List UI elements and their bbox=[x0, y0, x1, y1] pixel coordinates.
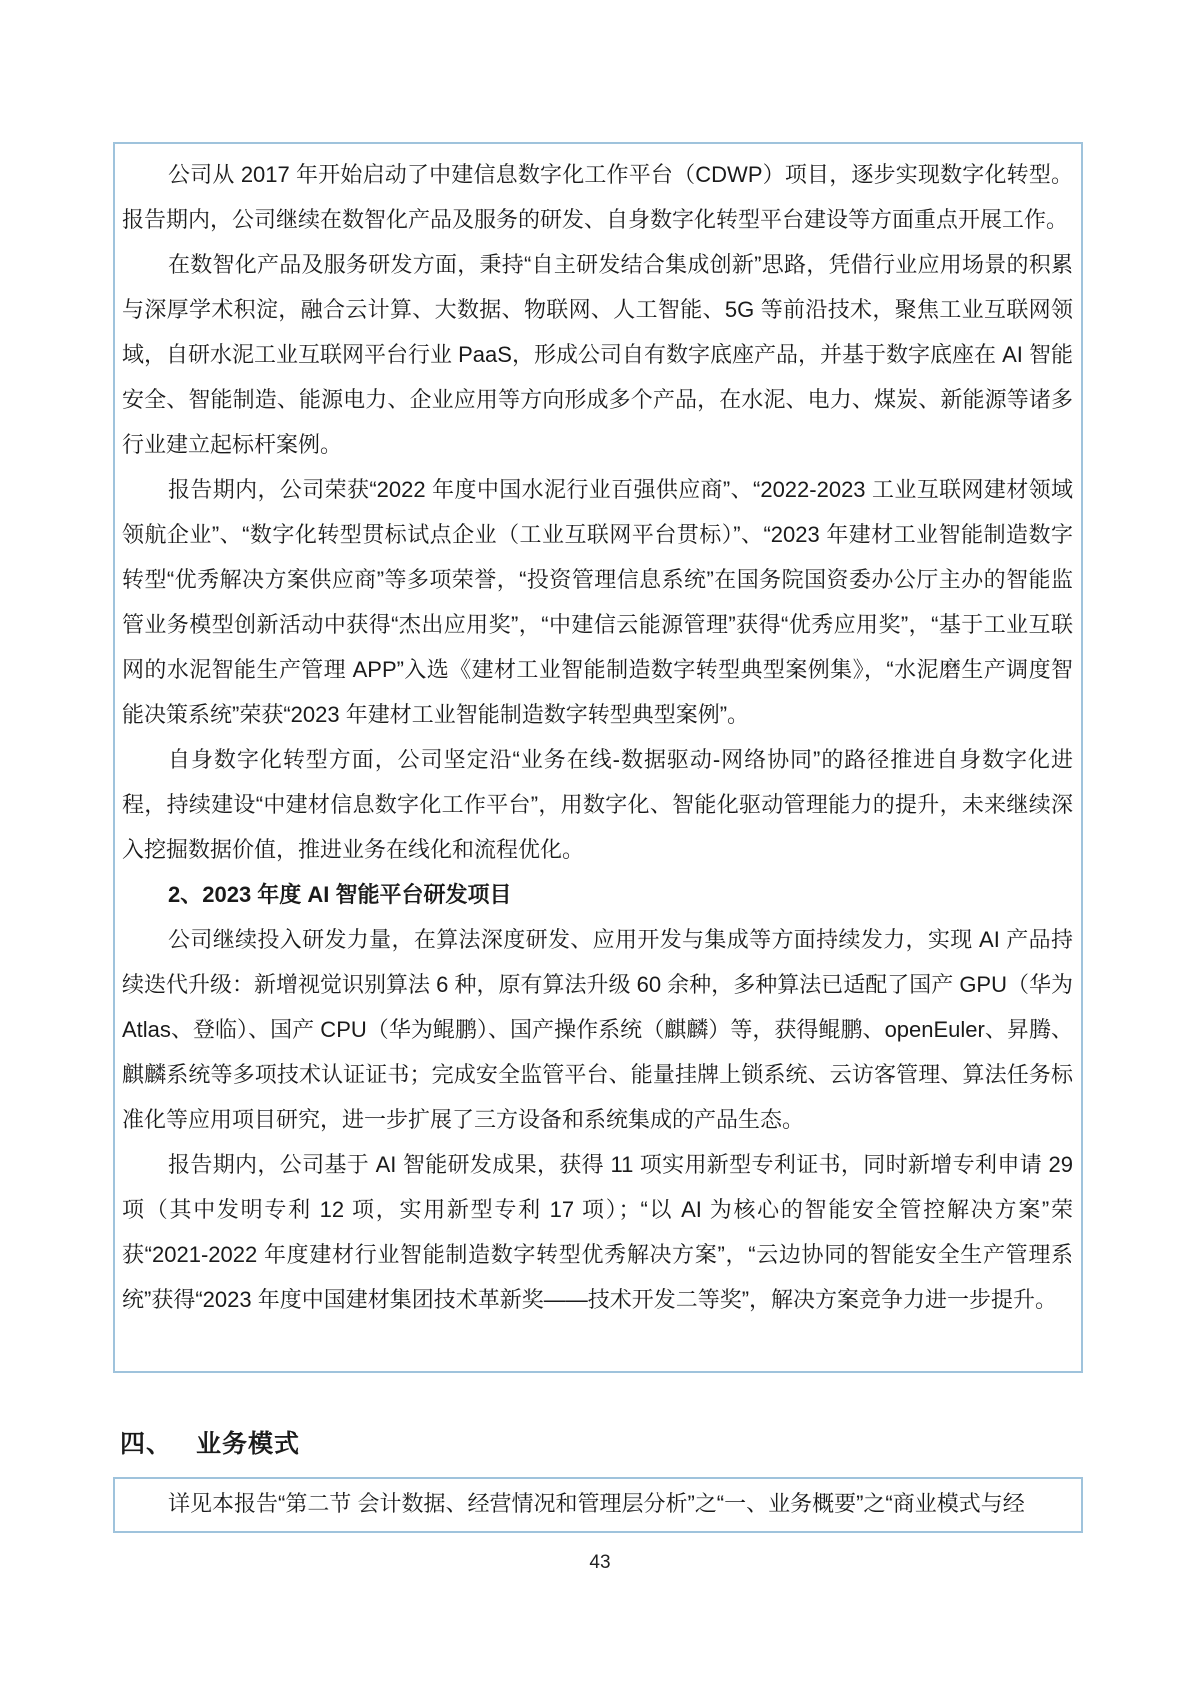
paragraph-honors: 报告期内，公司荣获“2022 年度中国水泥行业百强供应商”、“2022-2023… bbox=[122, 467, 1073, 737]
page-number: 43 bbox=[0, 1552, 1200, 1574]
subsection-heading-ai-platform: 2、2023 年度 AI 智能平台研发项目 bbox=[122, 872, 1073, 917]
section-number: 四、 bbox=[120, 1430, 172, 1458]
paragraph-self-transformation: 自身数字化转型方面，公司坚定沿“业务在线-数据驱动-网络协同”的路径推进自身数字… bbox=[122, 737, 1073, 872]
paragraph-cdwp-overview: 公司从 2017 年开始启动了中建信息数字化工作平台（CDWP）项目，逐步实现数… bbox=[122, 152, 1073, 242]
section-title: 业务模式 bbox=[196, 1430, 300, 1458]
business-model-reference-textbox: 详见本报告“第二节 会计数据、经营情况和管理层分析”之“一、业务概要”之“商业模… bbox=[113, 1477, 1083, 1533]
document-page: 公司从 2017 年开始启动了中建信息数字化工作平台（CDWP）项目，逐步实现数… bbox=[0, 0, 1200, 1696]
paragraph-ai-rd: 公司继续投入研发力量，在算法深度研发、应用开发与集成等方面持续发力，实现 AI … bbox=[122, 917, 1073, 1142]
reference-paragraph: 详见本报告“第二节 会计数据、经营情况和管理层分析”之“一、业务概要”之“商业模… bbox=[122, 1479, 1073, 1529]
paragraph-ai-patents: 报告期内，公司基于 AI 智能研发成果，获得 11 项实用新型专利证书，同时新增… bbox=[122, 1142, 1073, 1322]
paragraph-product-rd: 在数智化产品及服务研发方面，秉持“自主研发结合集成创新”思路，凭借行业应用场景的… bbox=[122, 242, 1073, 467]
section-heading-business-model: 四、业务模式 bbox=[120, 1424, 300, 1460]
rd-progress-textbox: 公司从 2017 年开始启动了中建信息数字化工作平台（CDWP）项目，逐步实现数… bbox=[113, 142, 1083, 1373]
